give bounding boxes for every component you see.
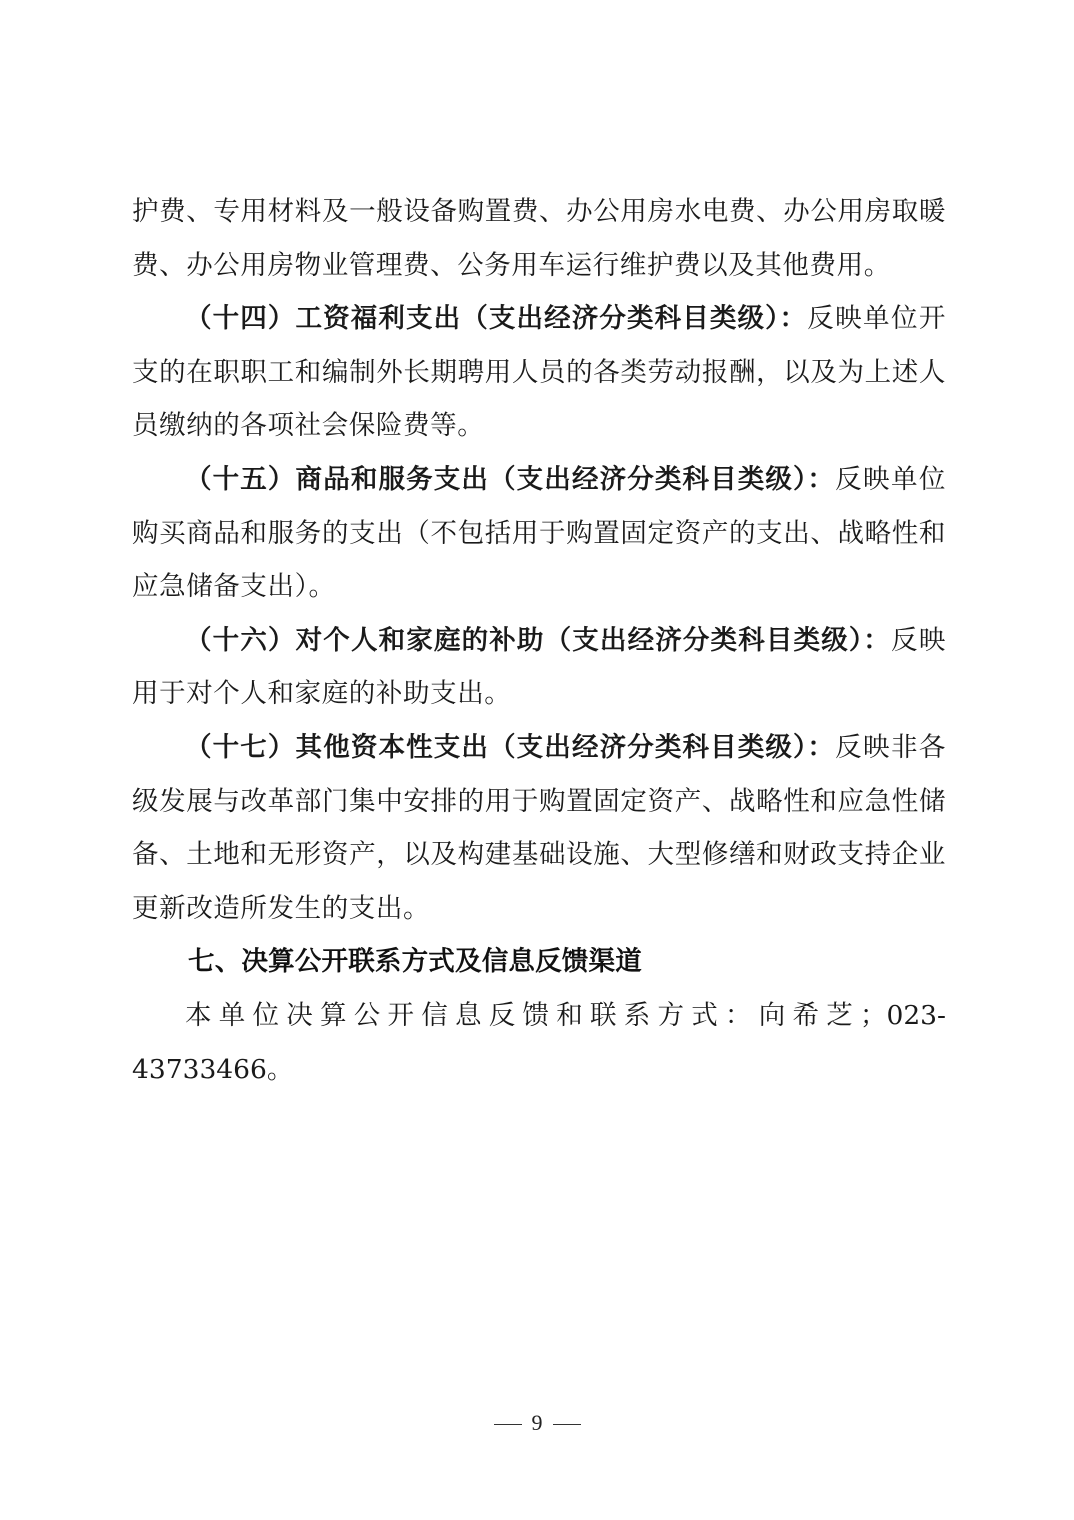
continuation-paragraph: 护费、专用材料及一般设备购置费、办公用房水电费、办公用房取暖费、办公用房物业管理… xyxy=(132,185,946,292)
document-page: 护费、专用材料及一般设备购置费、办公用房水电费、办公用房取暖费、办公用房物业管理… xyxy=(0,0,1074,1520)
page-number: 9 xyxy=(532,1410,543,1435)
item-title: （十六）对个人和家庭的补助（支出经济分类科目类级）： xyxy=(185,625,891,656)
paragraph-item-17: （十七）其他资本性支出（支出经济分类科目类级）：反映非各级发展与改革部门集中安排… xyxy=(132,721,946,935)
paragraph-item-14: （十四）工资福利支出（支出经济分类科目类级）：反映单位开支的在职职工和编制外长期… xyxy=(132,292,946,453)
item-title: （十四）工资福利支出（支出经济分类科目类级）： xyxy=(185,303,807,334)
document-body: 护费、专用材料及一般设备购置费、办公用房水电费、办公用房取暖费、办公用房物业管理… xyxy=(132,185,946,1096)
paragraph-item-15: （十五）商品和服务支出（支出经济分类科目类级）：反映单位购买商品和服务的支出（不… xyxy=(132,453,946,614)
page-footer: 9 xyxy=(0,1410,1074,1436)
contact-paragraph: 本单位决算公开信息反馈和联系方式：向希芝；023-43733466。 xyxy=(132,989,946,1096)
footer-dash-right xyxy=(553,1424,581,1425)
item-title: （十七）其他资本性支出（支出经济分类科目类级）： xyxy=(185,732,835,763)
item-title: （十五）商品和服务支出（支出经济分类科目类级）： xyxy=(185,464,835,495)
footer-dash-left xyxy=(494,1424,522,1425)
section-heading: 七、决算公开联系方式及信息反馈渠道 xyxy=(132,935,946,989)
paragraph-item-16: （十六）对个人和家庭的补助（支出经济分类科目类级）：反映用于对个人和家庭的补助支… xyxy=(132,614,946,721)
